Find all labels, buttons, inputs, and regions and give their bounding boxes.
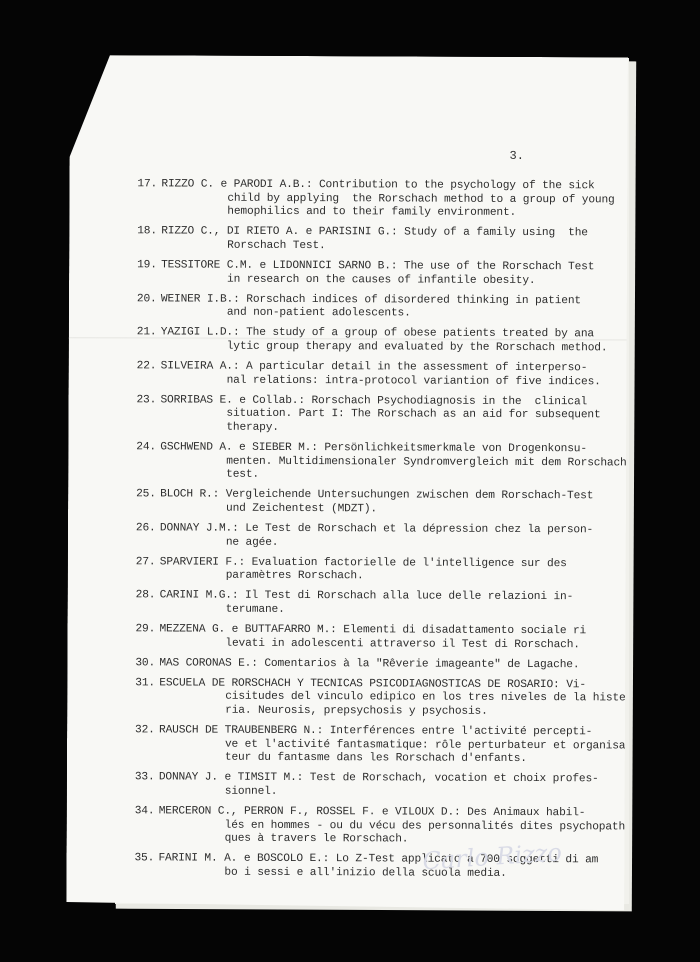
entry-line: DONNAY J.M.: Le Test de Rorschach et la …	[160, 522, 606, 538]
entry-line: paramètres Rorschach.	[160, 570, 606, 586]
entry-line: ne agée.	[160, 536, 606, 552]
bibliography-entry: 32.RAUSCH DE TRAUBENBERG N.: Interférenc…	[135, 724, 605, 767]
entry-text: SPARVIERI F.: Evaluation factorielle de …	[160, 556, 606, 585]
entry-text: MEZZENA G. e BUTTAFARRO M.: Elementi di …	[159, 623, 605, 652]
entry-number: 35.	[134, 853, 158, 880]
entry-text: BLOCH R.: Vergleichende Untersuchungen z…	[160, 489, 606, 518]
entry-text: WEINER I.B.: Rorschach indices of disord…	[161, 293, 607, 322]
bibliography-entry: 30.MAS CORONAS E.: Comentarios à la "Rêv…	[135, 657, 605, 673]
entry-text: YAZIGI L.D.: The study of a group of obe…	[161, 327, 608, 356]
entry-number: 32.	[135, 724, 159, 765]
entry-line: TESSITORE C.M. e LIDONNICI SARNO B.: The…	[161, 259, 607, 275]
entry-number: 24.	[136, 441, 160, 482]
entry-text: ESCUELA DE RORSCHACH Y TECNICAS PSICODIA…	[159, 677, 626, 720]
entry-text: SILVEIRA A.: A particular detail in the …	[161, 360, 607, 389]
entry-line: bo i sessi e all'inizio della scuola med…	[158, 866, 604, 882]
entry-line: SILVEIRA A.: A particular detail in the …	[161, 360, 607, 376]
entry-text: DONNAY J. e TIMSIT M.: Test de Rorschach…	[159, 772, 605, 801]
entry-number: 34.	[135, 805, 159, 846]
entry-line: levati in adolescenti attraverso il Test…	[159, 637, 605, 653]
entry-number: 18.	[137, 226, 161, 253]
entry-line: GSCHWEND A. e SIEBER M.: Persönlichkeits…	[160, 441, 626, 457]
entry-number: 20.	[137, 293, 161, 320]
entry-number: 29.	[135, 623, 159, 650]
entry-text: RIZZO C., DI RIETO A. e PARISINI G.: Stu…	[161, 226, 607, 255]
entry-line: test.	[160, 469, 626, 485]
entry-line: and non-patient adolescents.	[161, 307, 607, 323]
bibliography-entry: 28.CARINI M.G.: Il Test di Rorschach all…	[136, 590, 606, 619]
entry-number: 30.	[135, 657, 159, 671]
entry-line: nal relations: intra-protocol variantion…	[161, 374, 607, 390]
entry-number: 19.	[137, 259, 161, 286]
bibliography-entry: 19.TESSITORE C.M. e LIDONNICI SARNO B.: …	[137, 259, 607, 288]
entry-line: in research on the causes of infantile o…	[161, 273, 607, 289]
entry-number: 27.	[136, 556, 160, 583]
entry-text: MAS CORONAS E.: Comentarios à la "Rêveri…	[159, 657, 605, 673]
entry-number: 28.	[136, 590, 160, 617]
bibliography-list: 17.RIZZO C. e PARODI A.B.: Contribution …	[134, 178, 607, 888]
entry-text: RAUSCH DE TRAUBENBERG N.: Interférences …	[159, 724, 632, 767]
entry-number: 26.	[136, 522, 160, 549]
entry-text: DONNAY J.M.: Le Test de Rorschach et la …	[160, 522, 606, 551]
entry-line: MEZZENA G. e BUTTAFARRO M.: Elementi di …	[159, 623, 605, 639]
bibliography-entry: 26.DONNAY J.M.: Le Test de Rorschach et …	[136, 522, 606, 551]
entry-number: 31.	[135, 677, 159, 718]
entry-text: TESSITORE C.M. e LIDONNICI SARNO B.: The…	[161, 259, 607, 288]
bibliography-entry: 22.SILVEIRA A.: A particular detail in t…	[137, 360, 607, 389]
bibliography-entry: 33.DONNAY J. e TIMSIT M.: Test de Rorsch…	[135, 772, 605, 801]
entry-text: SORRIBAS E. e Collab.: Rorschach Psychod…	[160, 394, 606, 437]
entry-number: 23.	[136, 394, 160, 435]
bibliography-entry: 18.RIZZO C., DI RIETO A. e PARISINI G.: …	[137, 226, 607, 255]
entry-text: GSCHWEND A. e SIEBER M.: Persönlichkeits…	[160, 441, 627, 484]
bibliography-entry: 27.SPARVIERI F.: Evaluation factorielle …	[136, 556, 606, 585]
entry-line: RIZZO C. e PARODI A.B.: Contribution to …	[161, 178, 614, 194]
entry-number: 17.	[137, 178, 161, 219]
entry-line: sionnel.	[159, 785, 605, 801]
document-page: 3. 17.RIZZO C. e PARODI A.B.: Contributi…	[66, 55, 628, 910]
bibliography-entry: 23.SORRIBAS E. e Collab.: Rorschach Psyc…	[136, 394, 606, 437]
bibliography-entry: 17.RIZZO C. e PARODI A.B.: Contribution …	[137, 178, 607, 221]
bibliography-entry: 20.WEINER I.B.: Rorschach indices of dis…	[137, 293, 607, 322]
entry-number: 22.	[137, 360, 161, 387]
bibliography-entry: 25.BLOCH R.: Vergleichende Untersuchunge…	[136, 489, 606, 518]
entry-text: RIZZO C. e PARODI A.B.: Contribution to …	[161, 178, 614, 221]
entry-line: hemophilics and to their family environm…	[161, 206, 614, 222]
entry-number: 33.	[135, 772, 159, 799]
entry-line: lytic group therapy and evaluated by the…	[161, 340, 608, 356]
entry-number: 25.	[136, 489, 160, 516]
bibliography-entry: 21.YAZIGI L.D.: The study of a group of …	[137, 327, 607, 356]
entry-line: teur du fantasme dans les Rorschach d'en…	[159, 752, 632, 768]
bibliography-entry: 24.GSCHWEND A. e SIEBER M.: Persönlichke…	[136, 441, 606, 484]
entry-line: therapy.	[160, 421, 606, 437]
entry-line: Rorschach Test.	[161, 239, 607, 255]
entry-text: CARINI M.G.: Il Test di Rorschach alla l…	[160, 590, 606, 619]
page-number: 3.	[510, 149, 524, 163]
entry-number: 21.	[137, 327, 161, 354]
entry-line: ria. Neurosis, prepsychosis y psychosis.	[159, 704, 625, 720]
entry-line: MAS CORONAS E.: Comentarios à la "Rêveri…	[159, 657, 605, 673]
entry-line: und Zeichentest (MDZT).	[160, 502, 606, 518]
entry-line: terumane.	[160, 603, 606, 619]
bibliography-entry: 29.MEZZENA G. e BUTTAFARRO M.: Elementi …	[135, 623, 605, 652]
bibliography-entry: 31.ESCUELA DE RORSCHACH Y TECNICAS PSICO…	[135, 677, 605, 720]
